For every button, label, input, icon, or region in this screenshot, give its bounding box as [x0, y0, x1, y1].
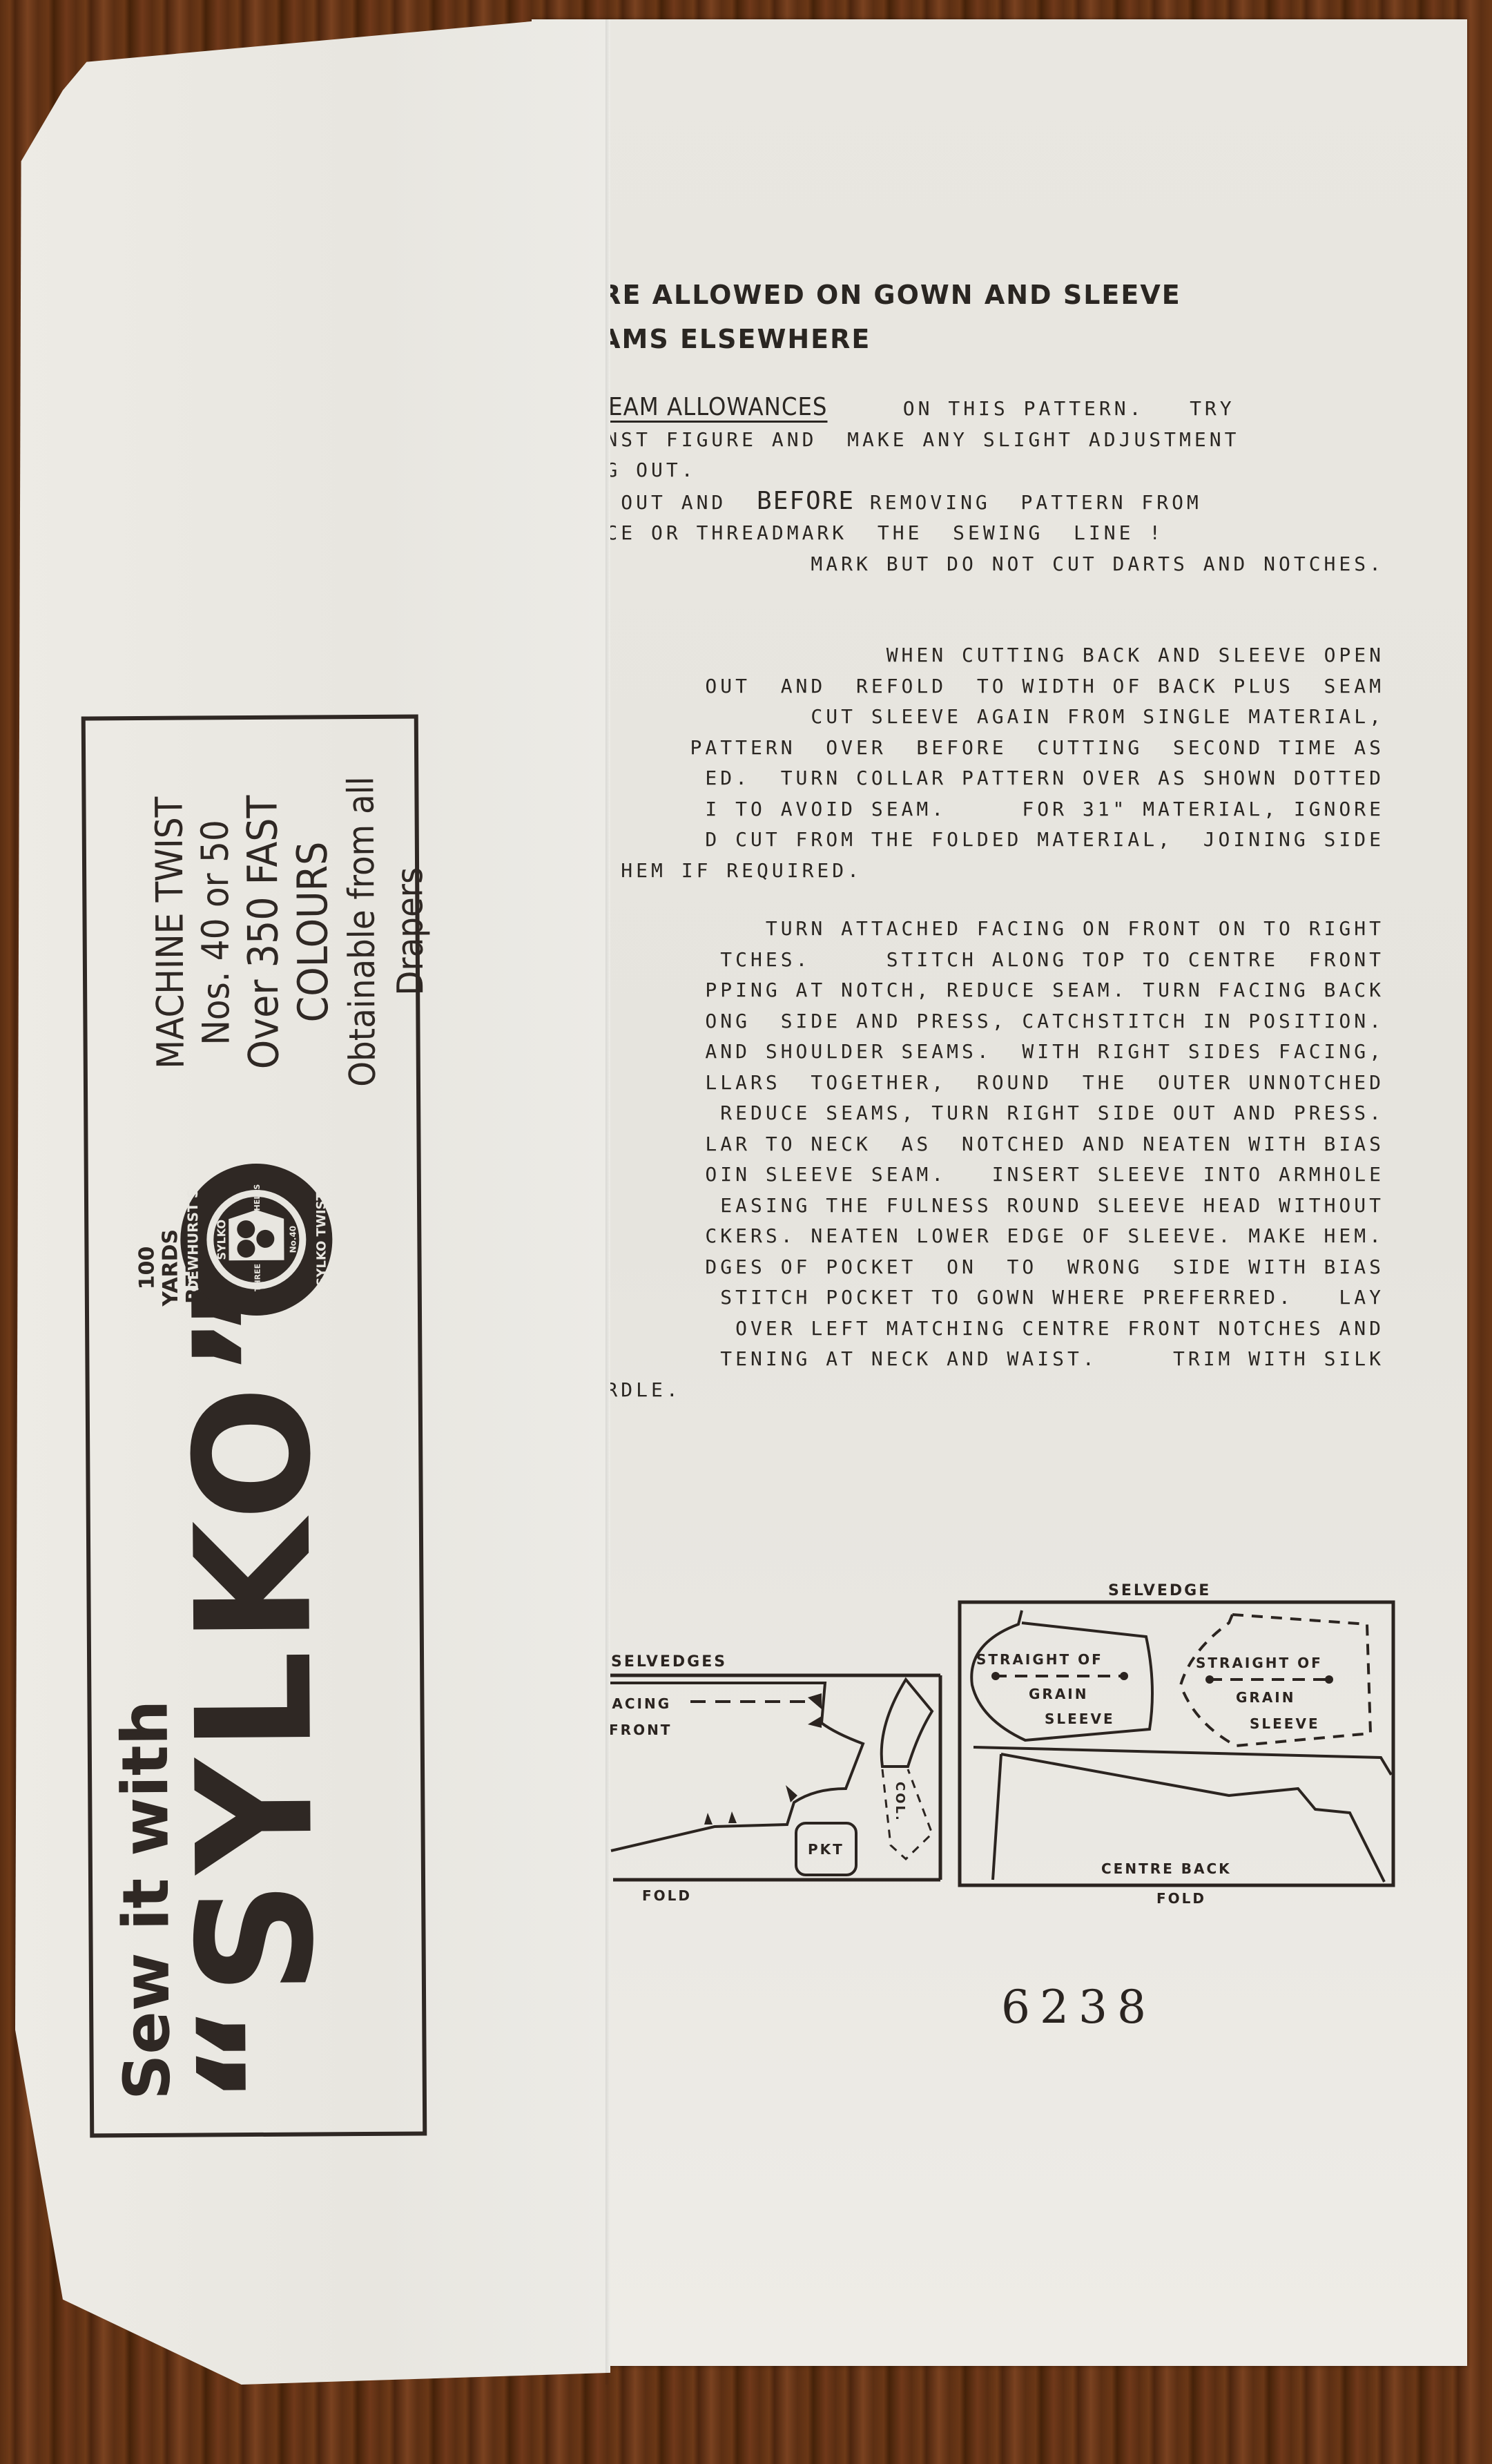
centre-back-label: CENTRE BACK: [1101, 1860, 1232, 1877]
collar-label: COL.: [893, 1782, 907, 1822]
fold-label: FOLD: [642, 1887, 692, 1904]
dewhurst-sylko-logo-icon: DEWHURST'S SYLKO TWIST SYLKO THREE SHELL…: [177, 1159, 336, 1319]
seam-allowance-line: ½" SEAM ALLOWANCES ON THIS PATTERN. TRY: [545, 392, 1384, 425]
instruction-line: STITCH POCKET TO GOWN WHERE PREFERRED. L…: [545, 1282, 1384, 1313]
svg-text:DEWHURST'S: DEWHURST'S: [184, 1188, 202, 1291]
instruction-line: OVER LEFT MATCHING CENTRE FRONT NOTCHES …: [545, 1313, 1384, 1345]
instruction-line: DGES OF POCKET ON TO WRONG SIDE WITH BIA…: [545, 1252, 1384, 1283]
sylko-brand-name: “SYLKO”: [177, 1267, 334, 2107]
svg-text:SLEEVE: SLEEVE: [1250, 1715, 1320, 1732]
instruction-line: OUT AND REFOLD TO WIDTH OF BACK PLUS SEA…: [545, 671, 1384, 702]
pocket-label: PKT: [808, 1841, 844, 1858]
heading-line-1: D ARE ALLOWED ON GOWN AND SLEEVE: [545, 273, 1384, 317]
instruction-line: CKERS. NEATEN LOWER EDGE OF SLEEVE. MAKE…: [545, 1221, 1384, 1252]
svg-text:GRAIN: GRAIN: [1029, 1686, 1088, 1702]
instruction-line: LAR TO NECK AS NOTCHED AND NEATEN WITH B…: [545, 1129, 1384, 1160]
instruction-line: T AT HEM IF REQUIRED.: [545, 856, 1384, 887]
svg-text:STRAIGHT OF: STRAIGHT OF: [1196, 1655, 1323, 1671]
svg-text:GRAIN: GRAIN: [1236, 1689, 1295, 1706]
instruction-line: CUT SLEEVE AGAIN FROM SINGLE MATERIAL,: [545, 702, 1384, 733]
instruction-line: REDUCE SEAMS, TURN RIGHT SIDE OUT AND PR…: [545, 1098, 1384, 1129]
selvedge-label: SELVEDGE: [1108, 1582, 1211, 1599]
layout-diagram-back-sleeve: SELVEDGE STRAIGHT OF GRAIN SLEEVE STRAIG…: [953, 1568, 1408, 1913]
instruction-line: I TO AVOID SEAM. FOR 31" MATERIAL, IGNOR…: [545, 794, 1384, 825]
instruction-line: TING OUT AND BEFORE REMOVING PATTERN FRO…: [545, 486, 1384, 519]
instruction-line: TCHES. STITCH ALONG TOP TO CENTRE FRONT: [545, 945, 1384, 976]
fold-label: FOLD: [1156, 1890, 1206, 1907]
instruction-line: TTING OUT.: [545, 455, 1384, 486]
svg-text:No.40: No.40: [288, 1226, 298, 1253]
svg-text:SHELLS: SHELLS: [253, 1184, 262, 1217]
instruction-line: OIN SLEEVE SEAM. INSERT SLEEVE INTO ARMH…: [545, 1159, 1384, 1191]
instruction-line: EASING THE FULNESS ROUND SLEEVE HEAD WIT…: [545, 1191, 1384, 1222]
ad-slogan: Sew it with “SYLKO”: [108, 1267, 334, 2100]
heading-line-2: "SEAMS ELSEWHERE: [545, 317, 1384, 361]
pattern-number: 6238: [1001, 1981, 1156, 2034]
instruction-line: ONG SIDE AND PRESS, CATCHSTITCH IN POSIT…: [545, 1006, 1384, 1037]
instruction-line: ED. TURN COLLAR PATTERN OVER AS SHOWN DO…: [545, 763, 1384, 794]
sylko-advertisement: Sew it with “SYLKO” 100 YARDS REELS DEWH…: [81, 715, 427, 2138]
before-emphasis: BEFORE: [757, 487, 855, 515]
instruction-line: PATTERN OVER BEFORE CUTTING SECOND TIME …: [545, 733, 1384, 764]
instruction-line: TURN ATTACHED FACING ON FRONT ON TO RIGH…: [545, 914, 1384, 945]
svg-text:SLEEVE: SLEEVE: [1045, 1711, 1115, 1727]
instruction-line: D GIRDLE.: [545, 1375, 1384, 1406]
instruction-line: PPING AT NOTCH, REDUCE SEAM. TURN FACING…: [545, 975, 1384, 1006]
layout-diagram-front: SELVEDGES FACING FRONT PKT COL. FOLD: [594, 1575, 967, 1906]
instruction-line: WHEN CUTTING BACK AND SLEEVE OPEN: [545, 640, 1384, 671]
instruction-line: LLARS TOGETHER, ROUND THE OUTER UNNOTCHE…: [545, 1068, 1384, 1099]
svg-text:THREE: THREE: [253, 1264, 262, 1291]
flap-shadow: [605, 19, 610, 2385]
svg-text:SYLKO TWIST: SYLKO TWIST: [314, 1191, 329, 1286]
instruction-line: AND SHOULDER SEAMS. WITH RIGHT SIDES FAC…: [545, 1037, 1384, 1068]
instruction-line: AGAINST FIGURE AND MAKE ANY SLIGHT ADJUS…: [545, 425, 1384, 456]
instruction-line: TENING AT NECK AND WAIST. TRIM WITH SILK: [545, 1344, 1384, 1375]
svg-text:STRAIGHT OF: STRAIGHT OF: [976, 1651, 1103, 1668]
sewing-instructions: D ARE ALLOWED ON GOWN AND SLEEVE "SEAMS …: [545, 273, 1384, 1405]
svg-text:SYLKO: SYLKO: [215, 1220, 228, 1260]
instruction-line: TRACE OR THREADMARK THE SEWING LINE !: [545, 518, 1384, 549]
facing-label: FACING: [602, 1695, 671, 1712]
instruction-line: D CUT FROM THE FOLDED MATERIAL, JOINING …: [545, 825, 1384, 856]
ad-product-info: MACHINE TWIST Nos. 40 or 50 Over 350 FAS…: [146, 724, 436, 1140]
instruction-line: MARK BUT DO NOT CUT DARTS AND NOTCHES.: [545, 549, 1384, 580]
front-label: FRONT: [609, 1722, 672, 1738]
selvedges-label: SELVEDGES: [611, 1653, 727, 1671]
